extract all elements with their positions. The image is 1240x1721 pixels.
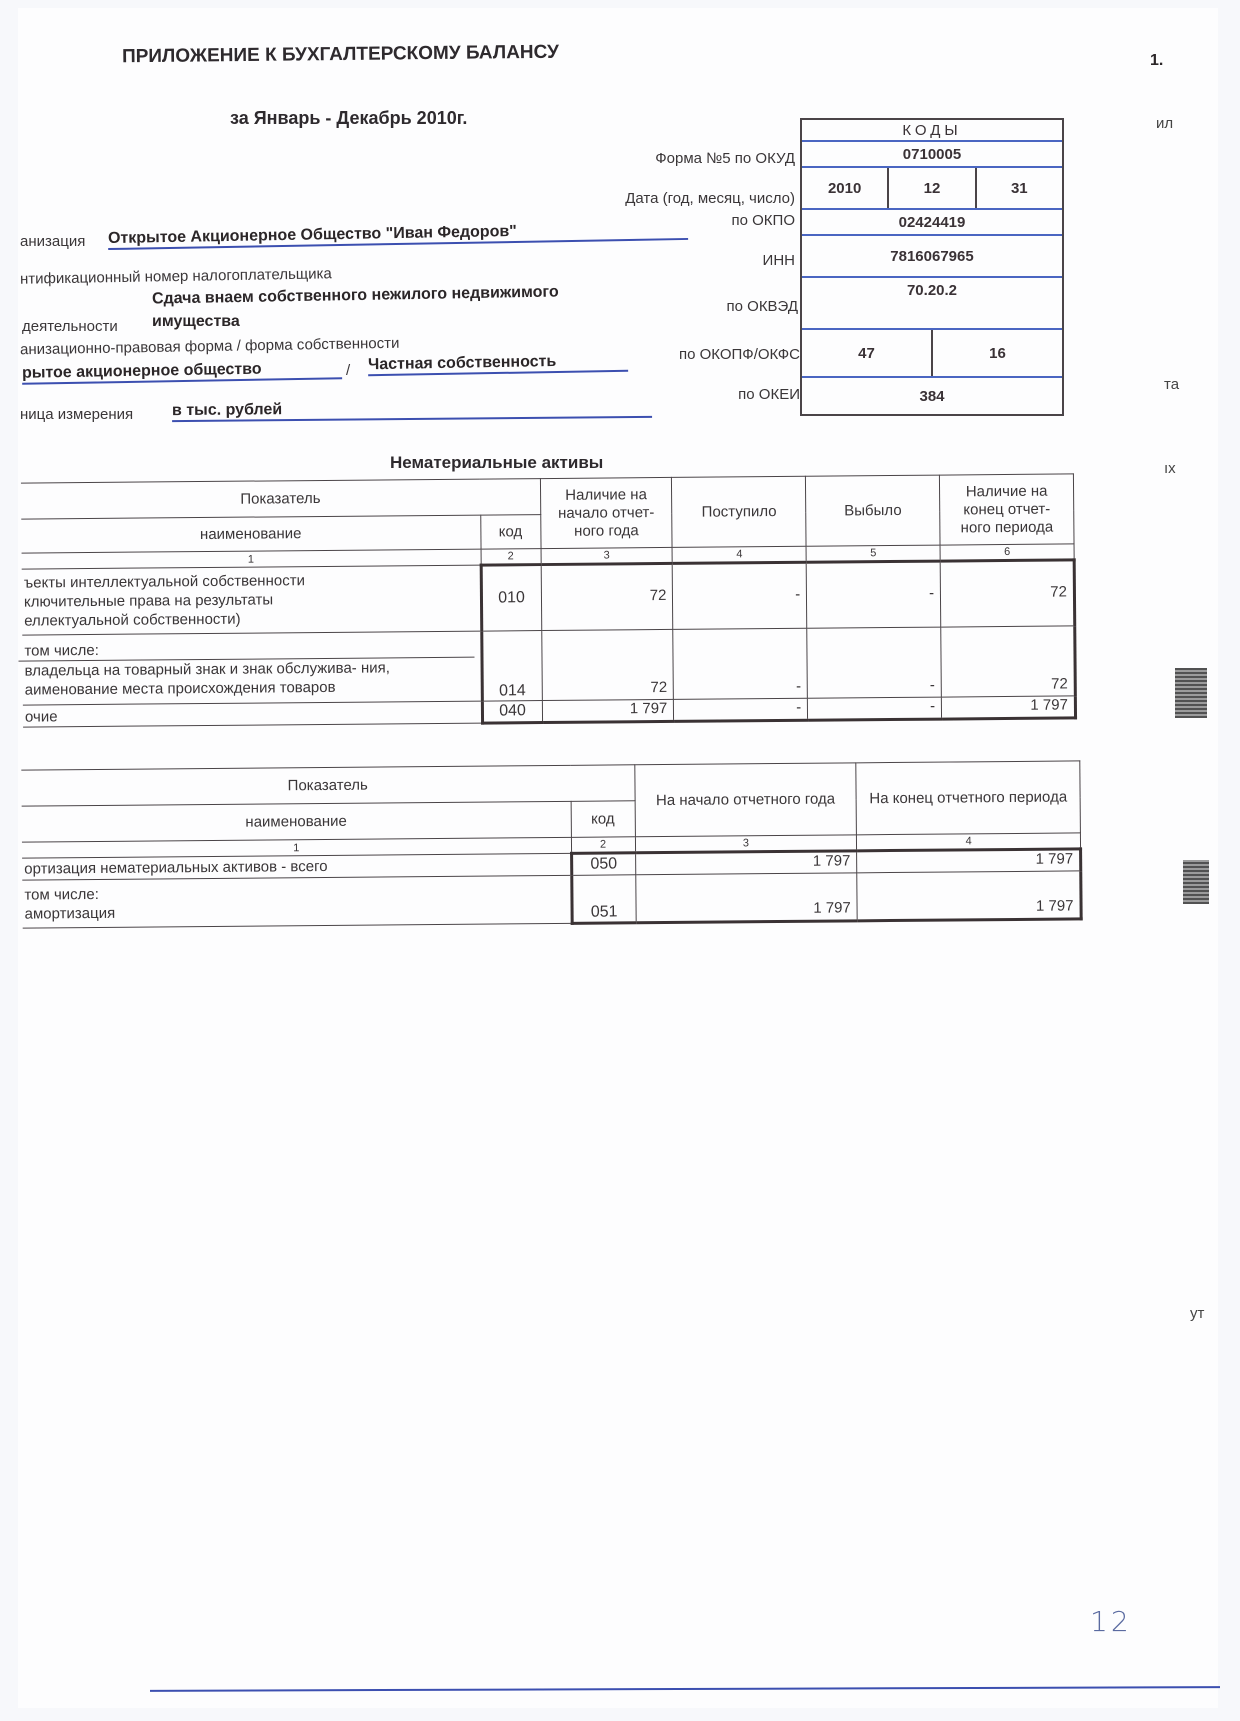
header-name: наименование xyxy=(21,515,480,553)
margin-fragment: ıх xyxy=(1164,460,1176,477)
row-end: 1 797 xyxy=(857,871,1081,921)
okei-code: 384 xyxy=(802,376,1062,414)
okopf-label: по ОКОПФ/ОКФС xyxy=(679,346,800,363)
okud-label: Форма №5 по ОКУД xyxy=(655,150,795,167)
unit-value: в тыс. рублей xyxy=(172,398,652,422)
okei-label: по ОКЕИ xyxy=(738,386,800,403)
margin-fragment: та xyxy=(1164,376,1179,393)
row-code: 014 xyxy=(481,631,542,702)
col-num-4: 4 xyxy=(672,546,806,563)
report-period: за Январь - Декабрь 2010г. xyxy=(230,108,467,129)
header-name: наименование xyxy=(22,801,571,842)
handwritten-page-number: 12 xyxy=(1090,1605,1132,1638)
table-row: том числе: амортизация 051 1 797 1 797 xyxy=(22,871,1081,928)
table-row: том числе: владельца на товарный знак и … xyxy=(22,626,1075,705)
row-received: - xyxy=(674,698,808,721)
date-day: 31 xyxy=(975,168,1062,208)
okpo-code: 02424419 xyxy=(802,208,1062,234)
row-disposed: - xyxy=(808,697,942,720)
col-num-3: 3 xyxy=(541,547,673,564)
inn-code-label: ИНН xyxy=(763,252,795,269)
okopf-code: 47 xyxy=(802,330,931,376)
okud-code: 0710005 xyxy=(802,140,1062,166)
row-disposed: - xyxy=(806,561,940,628)
row-name: том числе: владельца на товарный знак и … xyxy=(22,631,482,705)
row-received: - xyxy=(673,562,807,629)
legal-form-separator: / xyxy=(346,362,350,379)
row-end: 1 797 xyxy=(941,696,1075,719)
table-row: ъекты интеллектуальной собственности клю… xyxy=(22,560,1075,635)
row-code: 040 xyxy=(482,701,542,724)
row-name: том числе: амортизация xyxy=(22,875,572,928)
col-num-2: 2 xyxy=(571,837,635,854)
intangible-assets-title: Нематериальные активы xyxy=(390,453,603,473)
row-code: 051 xyxy=(571,875,635,924)
header-code: код xyxy=(571,801,635,838)
row-disposed: - xyxy=(807,627,941,698)
col-num-4: 4 xyxy=(857,833,1081,851)
date-year: 2010 xyxy=(802,168,887,208)
header-start: Наличие на начало отчет- ного года xyxy=(540,477,672,548)
row-code: 050 xyxy=(571,853,635,876)
inn-code: 7816067965 xyxy=(802,234,1062,276)
col-num-3: 3 xyxy=(635,835,857,853)
col-num-5: 5 xyxy=(806,545,940,562)
activity-label: деятельности xyxy=(22,318,118,335)
row-end: 72 xyxy=(940,560,1074,627)
date-label: Дата (год, месяц, число) xyxy=(625,190,795,207)
header-start: На начало отчетного года xyxy=(634,763,856,837)
row-start: 1 797 xyxy=(635,851,857,875)
document-title: ПРИЛОЖЕНИЕ К БУХГАЛТЕРСКОМУ БАЛАНСУ xyxy=(122,42,559,69)
header-disposed: Выбыло xyxy=(806,475,940,546)
row-name: очие xyxy=(23,701,482,727)
scan-artifact xyxy=(1183,860,1209,904)
okpo-label: по ОКПО xyxy=(732,212,796,229)
codes-box: КОДЫ 0710005 2010 12 31 02424419 7816067… xyxy=(800,118,1064,416)
okved-code: 70.20.2 xyxy=(802,276,1062,328)
row-code: 010 xyxy=(481,565,542,632)
row-end: 72 xyxy=(941,626,1075,697)
scan-artifact xyxy=(1175,668,1207,718)
row-start: 72 xyxy=(541,629,673,700)
row-received: - xyxy=(673,628,807,699)
margin-fragment: ут xyxy=(1190,1305,1204,1322)
codes-heading: КОДЫ xyxy=(802,120,1062,140)
header-end: Наличие на конец отчет- ного периода xyxy=(940,474,1074,545)
activity-line-2: имущества xyxy=(152,313,240,331)
date-month: 12 xyxy=(887,168,974,208)
okfs-code: 16 xyxy=(931,330,1062,376)
col-num-2: 2 xyxy=(481,549,541,566)
intangible-assets-table: Показатель Наличие на начало отчет- ного… xyxy=(21,473,1077,728)
margin-fragment: ил xyxy=(1156,115,1173,132)
header-received: Поступило xyxy=(672,476,806,547)
col-num-6: 6 xyxy=(940,544,1074,561)
header-indicator: Показатель xyxy=(21,479,540,520)
amortization-table: Показатель На начало отчетного года На к… xyxy=(21,760,1082,929)
row-start: 1 797 xyxy=(542,699,674,722)
row-start: 1 797 xyxy=(635,873,857,923)
org-label: анизация xyxy=(20,233,85,250)
row-name: ъекты интеллектуальной собственности клю… xyxy=(22,565,482,635)
row-end: 1 797 xyxy=(857,849,1081,873)
unit-label: ница измерения xyxy=(20,406,133,423)
okved-label: по ОКВЭД xyxy=(727,298,798,315)
header-end: На конец отчетного периода xyxy=(856,761,1080,835)
header-code: код xyxy=(480,515,540,550)
header-indicator: Показатель xyxy=(21,765,634,806)
margin-number: 1. xyxy=(1150,52,1163,70)
row-start: 72 xyxy=(541,563,673,630)
